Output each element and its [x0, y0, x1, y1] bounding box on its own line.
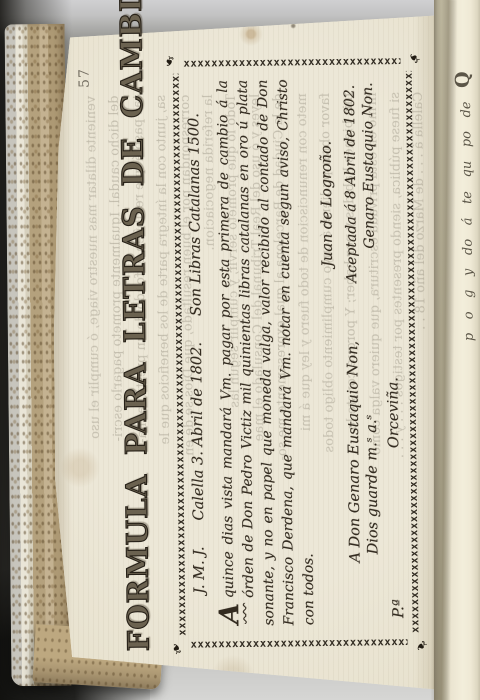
bleedthrough-line: veniente dilatar mas nuestro viage, ó cu…: [83, 96, 108, 636]
next-page-text-fragments: Q de po qu te á do y g o p: [452, 71, 477, 341]
page-fragment: o: [462, 311, 477, 319]
corner-ornament-leaf-icon: ❧: [404, 48, 424, 67]
page-fragment: Q: [452, 71, 474, 88]
page-fragment: y: [461, 269, 476, 277]
page-fragment: de: [459, 101, 474, 117]
page-fragment: g: [461, 289, 476, 298]
drop-cap-initial: A: [219, 598, 241, 626]
bill-invocation: J. M. J.: [189, 546, 210, 594]
acceptance-block: Aceptada á 8 Abril de 1802. Genaro Eusta…: [341, 82, 379, 283]
acceptor-signature: Genaro Eustaquio Non.: [359, 82, 379, 248]
address-acceptance-row: A Don Genaro Eustaquio Non, Dios guarde …: [341, 78, 384, 624]
bill-text: J. M. J. Calella 3. Abril de 1802. Son L…: [184, 78, 410, 627]
addressee-salutation: Dios guarde m.ˢ a.ˢ: [362, 341, 383, 555]
page-fragment: p: [462, 333, 477, 342]
page-fragment: á: [460, 217, 475, 225]
drawer-signature: Juan de Logroño.: [316, 79, 343, 625]
bill-sum-line: Son Libras Catalanas 1500.: [184, 113, 206, 316]
rotated-page-content: veniente dilatar mas nuestro viage, ó cu…: [0, 0, 480, 700]
page-fragment: po: [459, 131, 474, 147]
series-mark: P.ª: [388, 599, 408, 618]
bill-dateline: Calella 3. Abril de 1802.: [187, 342, 209, 521]
chain-border-right: xxxxxxxxxxxxxxxxxxxxxxxxxxxxxxxxxxxxxxxx: [183, 55, 400, 71]
page-fragment: do: [461, 239, 476, 255]
bill-of-exchange-box: xxxxxxxxxxxxxxxxxxxxxxxxxxxxxxxxxxxxxxxx…: [173, 58, 417, 649]
page-fragment: te: [460, 191, 475, 204]
corner-ornament-leaf-icon: ❧: [160, 52, 179, 70]
page-title: FORMULA PARA LETRAS DE CAMBIO.: [110, 51, 159, 651]
chain-border-left: xxxxxxxxxxxxxxxxxxxxxxxxxxxxxxxxxxxxxxxx: [191, 636, 408, 652]
addressee-place: Orceviña.: [380, 78, 405, 448]
bill-body-text: quince dias vista mandará Vm. pagar por …: [215, 79, 318, 625]
addressee-block: A Don Genaro Eustaquio Non, Dios guarde …: [344, 341, 383, 563]
bill-body-paragraph: Aquince dias vista mandará Vm. pagar por…: [213, 79, 320, 626]
page-number: 57: [77, 68, 93, 88]
page-fragment: qu: [460, 161, 475, 178]
addressee-line: A Don Genaro Eustaquio Non,: [344, 341, 365, 563]
corner-ornament-leaf-icon: ❧: [167, 639, 186, 657]
book-photograph: veniente dilatar mas nuestro viage, ó cu…: [0, 0, 480, 700]
corner-ornament-leaf-icon: ❧: [411, 636, 431, 655]
